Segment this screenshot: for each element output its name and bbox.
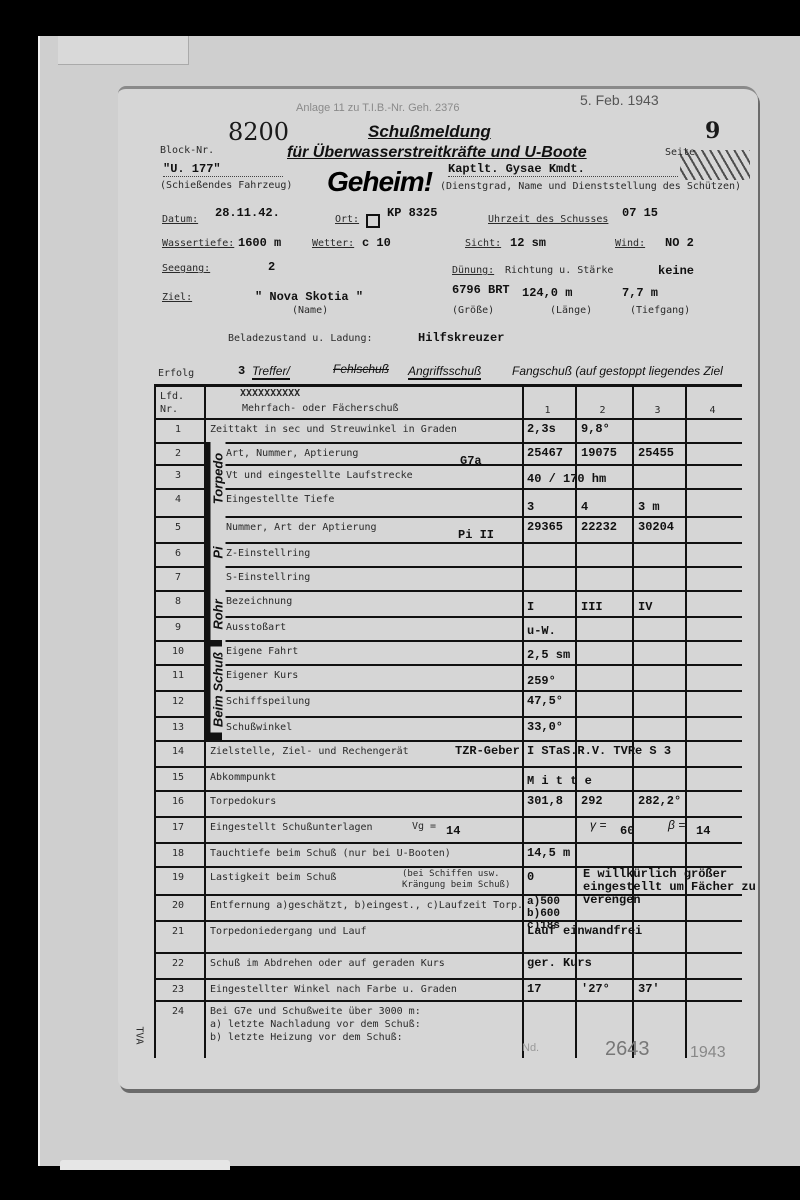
row-number: 2 (158, 448, 198, 459)
uhrzeit-value: 07 15 (622, 206, 658, 220)
vg-value: 14 (446, 824, 460, 838)
row-label: Lastigkeit beim Schuß (210, 872, 336, 883)
row-number: 8 (158, 596, 198, 607)
cell-col-2: 4 (581, 500, 588, 514)
table-rule (154, 386, 156, 1058)
row-number: 4 (158, 494, 198, 505)
row-label: Entfernung a)geschätzt, b)eingest., c)La… (210, 900, 523, 911)
cell-col-2: 22232 (581, 520, 617, 534)
table-rule (632, 386, 634, 1058)
table-rule (154, 488, 742, 490)
col-header-1: 1 (545, 405, 551, 416)
cell-col-1: 40 / 170 hm (527, 472, 606, 486)
sicht-value: 12 sm (510, 236, 546, 250)
erfolg-hits: 3 (238, 364, 245, 378)
row-label: Eingestellter Winkel nach Farbe u. Grade… (210, 984, 457, 995)
cell-col-2: III (581, 600, 603, 614)
seegang-label: Seegang: (162, 263, 210, 274)
duenung-value: keine (658, 264, 694, 278)
row-span-value: TZR-Geber I STaS.R.V. TVRe S 3 (455, 744, 671, 758)
row-number: 21 (158, 926, 198, 937)
gamma-value: 60 (620, 824, 634, 838)
cell-col-3: IV (638, 600, 652, 614)
row-label: Torpedoniedergang und Lauf (210, 926, 367, 937)
col-header-3: 3 (655, 405, 661, 416)
erfolg-fangschuss: Fangschuß (auf gestoppt liegendes Ziel (512, 364, 723, 378)
table-rule (685, 386, 687, 1058)
ziel-length: 124,0 m (522, 286, 572, 300)
cell-col-2: 9,8° (581, 422, 610, 436)
table-rule (154, 816, 742, 818)
row-label: Zielstelle, Ziel- und Rechengerät (210, 746, 409, 757)
row-number: 19 (158, 872, 198, 883)
cell-col-1: Lauf einwandfrei (527, 924, 642, 938)
row-label: Schiffspeilung (226, 696, 310, 707)
cell-col-1: 301,8 (527, 794, 563, 808)
row-label: Vt und eingestellte Laufstrecke (226, 470, 413, 481)
cell-col-2: 19075 (581, 446, 617, 460)
row-number: 20 (158, 900, 198, 911)
row-number: 16 (158, 796, 198, 807)
block-label: Block-Nr. (160, 145, 214, 156)
ziel-name: " Nova Skotia " (255, 290, 363, 304)
row-number: 12 (158, 696, 198, 707)
vg-label: Vg = (412, 821, 436, 832)
row-label: Eingestellte Tiefe (226, 494, 334, 505)
col-header-struck: XXXXXXXXXX (240, 388, 300, 399)
archive-number-stamp: 2643 (605, 1038, 650, 1061)
row-label: Bei G7e und Schußweite über 3000 m: (210, 1006, 421, 1017)
ort-value: KP 8325 (387, 206, 437, 220)
form-subtitle: für Überwasserstreitkräfte und U-Boote (287, 144, 587, 162)
page-number: 9 (705, 118, 720, 144)
cell-col-1: u-W. (527, 624, 556, 638)
ziel-label: Ziel: (162, 292, 192, 303)
wetter-label: Wetter: (312, 238, 354, 249)
row-label: Z-Einstellring (226, 548, 310, 559)
row-number: 7 (158, 572, 198, 583)
table-rule (154, 978, 742, 980)
table-rule (154, 418, 742, 420)
table-rule (154, 590, 742, 592)
cell-col-1: 0 (527, 870, 534, 884)
table-rule (154, 920, 742, 922)
cell-col-1: 25467 (527, 446, 563, 460)
col-header-desc: Mehrfach- oder Fächerschuß (242, 403, 399, 414)
ziel-size: 6796 BRT (452, 283, 510, 297)
row-number: 18 (158, 848, 198, 859)
row-label: Zeittakt in sec und Streuwinkel in Grade… (210, 424, 457, 435)
datum-value: 28.11.42. (215, 206, 280, 220)
table-rule (154, 516, 742, 518)
row-sub-b: b) letzte Heizung vor dem Schuß: (210, 1032, 403, 1043)
side-mark: TVA (134, 1026, 145, 1044)
row-number: 11 (158, 670, 198, 681)
cell-col-1: 2,5 sm (527, 648, 570, 662)
table-rule (154, 1000, 742, 1002)
cell-col-1: 17 (527, 982, 541, 996)
cell-col-2: '27° (581, 982, 610, 996)
handwritten-scribble (680, 150, 750, 180)
secret-label: Geheim! (327, 166, 432, 198)
row-label: Eingestellt Schußunterlagen (210, 822, 373, 833)
table-rule (154, 384, 742, 387)
row-label: S-Einstellring (226, 572, 310, 583)
row-label: Abkommpunkt (210, 772, 276, 783)
row-number: 3 (158, 470, 198, 481)
table-rule (154, 766, 742, 768)
file-tab (58, 36, 189, 65)
row-number: 6 (158, 548, 198, 559)
shooter-caption: (Dienstgrad, Name und Dienststellung des… (440, 180, 750, 193)
beta-label: β = (668, 818, 685, 832)
wetter-value: c 10 (362, 236, 391, 250)
ziel-size-caption: (Größe) (452, 305, 494, 316)
row-number: 15 (158, 772, 198, 783)
row-number: 5 (158, 522, 198, 533)
table-rule (154, 690, 742, 692)
ort-label: Ort: (335, 214, 359, 225)
seegang-value: 2 (268, 260, 275, 274)
ort-checkbox[interactable] (366, 214, 380, 228)
row-number: 1 (158, 424, 198, 435)
erfolg-label: Erfolg (158, 368, 194, 379)
wind-label: Wind: (615, 238, 645, 249)
cell-col-1: 47,5° (527, 694, 563, 708)
cell-col-1: 33,0° (527, 720, 563, 734)
col-header-2: 2 (600, 405, 606, 416)
row-number: 23 (158, 984, 198, 995)
archive-prefix-stamp: Nd. (522, 1042, 539, 1054)
row-number: 22 (158, 958, 198, 969)
ziel-draft: 7,7 m (622, 286, 658, 300)
wind-value: NO 2 (665, 236, 694, 250)
uhrzeit-label: Uhrzeit des Schusses (488, 214, 608, 225)
row-note: E willkürlich größer eingestellt um Fäch… (583, 868, 773, 907)
table-rule (154, 464, 742, 466)
row-label: Torpedokurs (210, 796, 276, 807)
table-rule (154, 640, 742, 642)
vessel-caption: (Schießendes Fahrzeug) (160, 180, 292, 191)
table-rule (154, 616, 742, 618)
row-number: 24 (158, 1006, 198, 1017)
row-number: 10 (158, 646, 198, 657)
duenung-label: Dünung: (452, 265, 494, 276)
row-label: Tauchtiefe beim Schuß (nur bei U-Booten) (210, 848, 451, 859)
anlage-stamp: Anlage 11 zu T.I.B.-Nr. Geh. 2376 (296, 102, 459, 114)
cell-col-3: 37' (638, 982, 660, 996)
table-rule (154, 542, 742, 544)
cell-col-2: 292 (581, 794, 603, 808)
beta-value: 14 (696, 824, 710, 838)
cell-col-3: 25455 (638, 446, 674, 460)
table-rule (154, 842, 742, 844)
row-number: 17 (158, 822, 198, 833)
row-label: Schuß im Abdrehen oder auf geraden Kurs (210, 958, 445, 969)
erfolg-treffer: Treffer/ (252, 364, 290, 380)
erfolg-angriffsschuss: Angriffsschuß (408, 364, 481, 380)
wassertiefe-label: Wassertiefe: (162, 238, 234, 249)
ziel-name-caption: (Name) (292, 305, 328, 316)
table-rule (154, 952, 742, 954)
group-label-beim_schuss: Beim Schuß (211, 647, 226, 733)
row-label: Eigene Fahrt (226, 646, 298, 657)
wassertiefe-value: 1600 m (238, 236, 281, 250)
row-label: Art, Nummer, Aptierung (226, 448, 358, 459)
row-sub-a: a) letzte Nachladung vor dem Schuß: (210, 1019, 421, 1030)
beladung-label: Beladezustand u. Ladung: (228, 333, 373, 344)
row-extra: Pi II (458, 528, 494, 542)
cell-col-1: M i t t e (527, 774, 592, 788)
row-extra: G7a (460, 454, 482, 468)
table-rule (154, 716, 742, 718)
table-rule (154, 442, 742, 444)
erfolg-fehlschuss: Fehlschuß (333, 362, 389, 376)
row-label: Eigener Kurs (226, 670, 298, 681)
row-label: Nummer, Art der Aptierung (226, 522, 377, 533)
cell-col-3: 30204 (638, 520, 674, 534)
row-label: Bezeichnung (226, 596, 292, 607)
row-number: 13 (158, 722, 198, 733)
row-label-note: (bei Schiffen usw. Krängung beim Schuß) (402, 869, 522, 891)
table-rule (154, 566, 742, 568)
col-header-4: 4 (710, 405, 716, 416)
cell-col-1: 2,3s (527, 422, 556, 436)
beladung-value: Hilfskreuzer (418, 331, 504, 345)
col-header-lfd: Lfd. Nr. (160, 390, 190, 416)
datum-label: Datum: (162, 214, 198, 225)
cell-col-3: 282,2° (638, 794, 681, 808)
cell-col-1: 259° (527, 674, 556, 688)
row-number: 9 (158, 622, 198, 633)
cell-col-3: 3 m (638, 500, 660, 514)
duenung-caption: Richtung u. Stärke (505, 265, 613, 276)
gamma-label: γ = (590, 818, 606, 832)
form-title: Schußmeldung (368, 122, 491, 142)
ziel-length-caption: (Länge) (550, 305, 592, 316)
table-rule (154, 664, 742, 666)
cell-col-1: I (527, 600, 534, 614)
row-number: 14 (158, 746, 198, 757)
shooter-value: Kaptlt. Gysae Kmdt. (448, 162, 678, 177)
cell-col-1: 14,5 m (527, 846, 570, 860)
row-label: Ausstoßart (226, 622, 286, 633)
received-date-stamp: 5. Feb. 1943 (580, 92, 659, 108)
sicht-label: Sicht: (465, 238, 501, 249)
cell-col-1: 29365 (527, 520, 563, 534)
cell-col-1: 3 (527, 500, 534, 514)
row-label: Schußwinkel (226, 722, 292, 733)
table-rule (522, 386, 524, 1058)
table-rule (154, 790, 742, 792)
archive-year-stamp: 1943 (690, 1044, 726, 1062)
cell-col-1: ger. Kurs (527, 956, 592, 970)
table-rule (154, 740, 742, 742)
vessel-value: "U. 177" (163, 162, 283, 177)
block-number: 8200 (228, 118, 289, 146)
ziel-draft-caption: (Tiefgang) (630, 305, 690, 316)
